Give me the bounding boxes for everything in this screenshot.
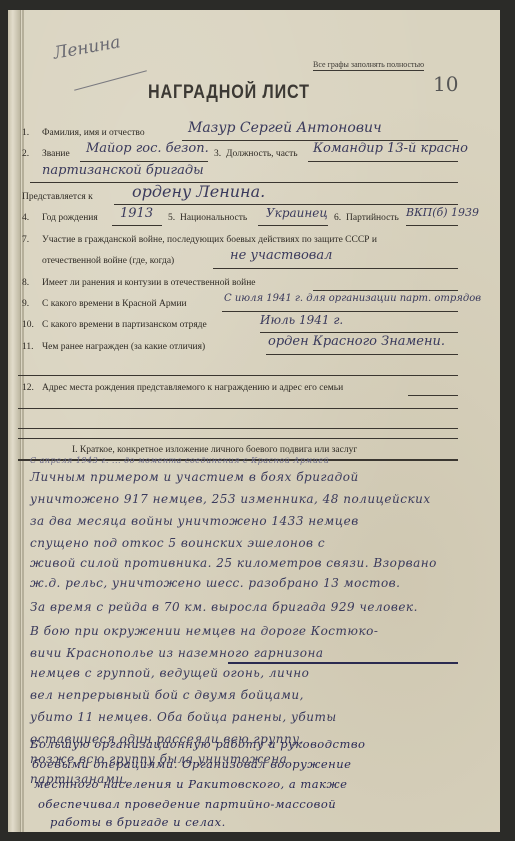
field-11-label: Чем ранее награжден (за какие отличия) [42, 342, 205, 352]
field-3-value: Командир 13-й красно [313, 141, 468, 156]
field-12-line-4 [18, 438, 458, 439]
field-2-num: 2. [22, 149, 29, 159]
field-4-line [112, 225, 162, 226]
narrative-line: убито 11 немцев. Оба бойца ранены, убиты [30, 710, 337, 724]
field-7-label-cont: отечественной войне (где, когда) [42, 256, 174, 266]
presented-to-label: Представляется к [22, 192, 93, 202]
field-3-label: Должность, часть [226, 149, 298, 159]
margin-note-stroke [74, 70, 147, 90]
document-title: НАГРАДНОЙ ЛИСТ [148, 82, 310, 104]
field-7-value: не участвовал [230, 248, 332, 263]
margin-note: Ленина [52, 32, 122, 63]
field-12-num: 12. [22, 383, 34, 393]
field-5-num: 5. [168, 213, 175, 223]
field-11-line [266, 354, 458, 355]
narrative-line: ж.д. рельс, уничтожено шесс. разобрано 1… [30, 576, 400, 590]
field-7-num: 7. [22, 235, 29, 245]
binding-edge [8, 10, 21, 832]
field-10-line [260, 332, 458, 333]
award-sheet-page: Ленина Все графы заполнять полностью НАГ… [8, 10, 500, 832]
field-8-line [313, 290, 458, 291]
narrative-line: боевыми операциями. Организовал вооружен… [32, 757, 351, 771]
field-5-value: Украинец [266, 206, 328, 220]
narrative-line: Личным примером и участием в боях бригад… [30, 470, 359, 484]
field-6-num: 6. [334, 213, 341, 223]
field-7-label: Участие в гражданской войне, последующих… [42, 235, 377, 245]
field-5-line [258, 225, 328, 226]
section-heading: I. Краткое, конкретное изложение личного… [72, 445, 357, 455]
field-12-line [408, 395, 458, 396]
field-10-label: С какого времени в партизанском отряде [42, 320, 207, 330]
narrative-line: уничтожено 917 немцев, 253 изменника, 48… [30, 492, 431, 506]
field-6-value: ВКП(б) 1939 [406, 206, 479, 219]
field-1-num: 1. [22, 128, 29, 138]
field-6-line [406, 225, 458, 226]
narrative-line: За время с рейда в 70 км. выросла бригад… [30, 600, 418, 614]
field-12-line-2 [18, 408, 458, 409]
narrative-line: местного населения и Ракитовского, а так… [34, 777, 347, 791]
field-3-num: 3. [214, 149, 221, 159]
sheet-number: 10 [433, 72, 458, 96]
narrative-line: работы в бригаде и селах. [50, 815, 226, 829]
field-5-label: Национальность [180, 213, 247, 223]
field-4-num: 4. [22, 213, 29, 223]
field-6-label: Партийность [346, 213, 399, 223]
field-12-line-3 [18, 428, 458, 429]
field-4-label: Год рождения [42, 213, 98, 223]
narrative-line: Большую организационную работу и руковод… [30, 737, 365, 751]
field-9-value: С июля 1941 г. для организации парт. отр… [224, 293, 481, 304]
field-3-value-cont: партизанской бригады [42, 163, 204, 178]
field-2-line [80, 161, 208, 162]
field-4-value: 1913 [120, 206, 153, 221]
field-2-value: Майор гос. безоп. [86, 141, 209, 156]
field-9-label: С какого времени в Красной Армии [42, 299, 187, 309]
field-10-value: Июль 1941 г. [260, 313, 343, 327]
narrative-line: спущено под откос 5 воинских эшелонов с [30, 536, 325, 550]
field-12-label: Адрес места рождения представляемого к н… [42, 383, 343, 393]
field-8-num: 8. [22, 278, 29, 288]
presented-to-value: ордену Ленина. [132, 182, 265, 201]
narrative-underline [228, 662, 458, 664]
narrative-line: за два месяца войны уничтожено 1433 немц… [30, 514, 359, 528]
field-7-line [213, 268, 458, 269]
narrative-line: немцев с группой, ведущей огонь, лично [30, 666, 309, 680]
narrative-line: вичи Краснополье из наземного гарнизона [30, 646, 324, 660]
narrative-line: В бою при окружении немцев на дороге Кос… [30, 624, 378, 638]
field-1-value: Мазур Сергей Антонович [188, 120, 382, 136]
field-10-num: 10. [22, 320, 34, 330]
field-11-num: 11. [22, 342, 34, 352]
field-11-cont-line [18, 375, 458, 376]
field-9-line [222, 311, 458, 312]
field-9-num: 9. [22, 299, 29, 309]
presented-to-line [114, 204, 458, 205]
field-1-label: Фамилия, имя и отчество [42, 128, 145, 138]
field-8-label: Имеет ли ранения и контузии в отечествен… [42, 278, 256, 288]
field-3-line [308, 161, 458, 162]
narrative-line: обеспечивал проведение партийно-массовой [38, 797, 336, 811]
narrative-line: живой силой противника. 25 километров св… [30, 556, 437, 570]
field-2-label: Звание [42, 149, 70, 159]
narrative-line: вел непрерывный бой с двумя бойцами, [30, 688, 304, 702]
top-instruction: Все графы заполнять полностью [313, 60, 424, 71]
field-11-value: орден Красного Знамени. [268, 334, 445, 349]
narrative-line: С апреля 1943 г. ... до момента соединен… [30, 456, 329, 465]
